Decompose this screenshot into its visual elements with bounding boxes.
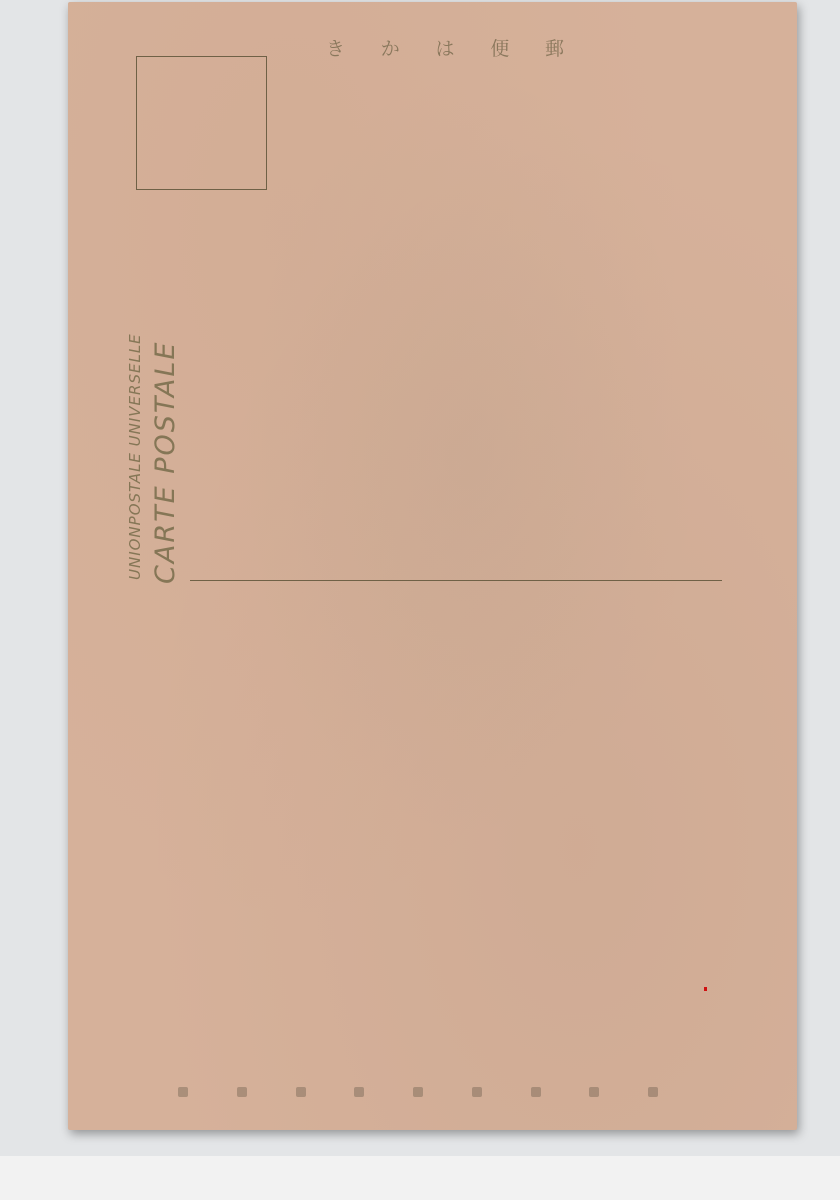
- faded-mark: [237, 1087, 247, 1097]
- red-speck: [704, 987, 707, 991]
- faded-mark: [296, 1087, 306, 1097]
- header-japanese-text: き か は 便 郵: [326, 34, 566, 61]
- faded-mark: [472, 1087, 482, 1097]
- faded-mark: [354, 1087, 364, 1097]
- postcard: き か は 便 郵 UNIONPOSTALE UNIVERSELLE CARTE…: [68, 2, 797, 1130]
- faded-mark: [531, 1087, 541, 1097]
- divider-line: [190, 580, 722, 581]
- header-char: き: [326, 34, 347, 61]
- faded-footer-caption: [178, 1087, 658, 1101]
- header-char: 便: [490, 34, 511, 61]
- faded-mark: [648, 1087, 658, 1097]
- carte-postale-title: CARTE POSTALE: [150, 341, 181, 584]
- faded-mark: [413, 1087, 423, 1097]
- faded-mark: [178, 1087, 188, 1097]
- stamp-box: [136, 56, 267, 190]
- header-char: か: [381, 34, 402, 61]
- faded-mark: [589, 1087, 599, 1097]
- union-postale-text: UNIONPOSTALE UNIVERSELLE: [126, 333, 144, 580]
- header-char: 郵: [545, 34, 566, 61]
- header-char: は: [435, 34, 456, 61]
